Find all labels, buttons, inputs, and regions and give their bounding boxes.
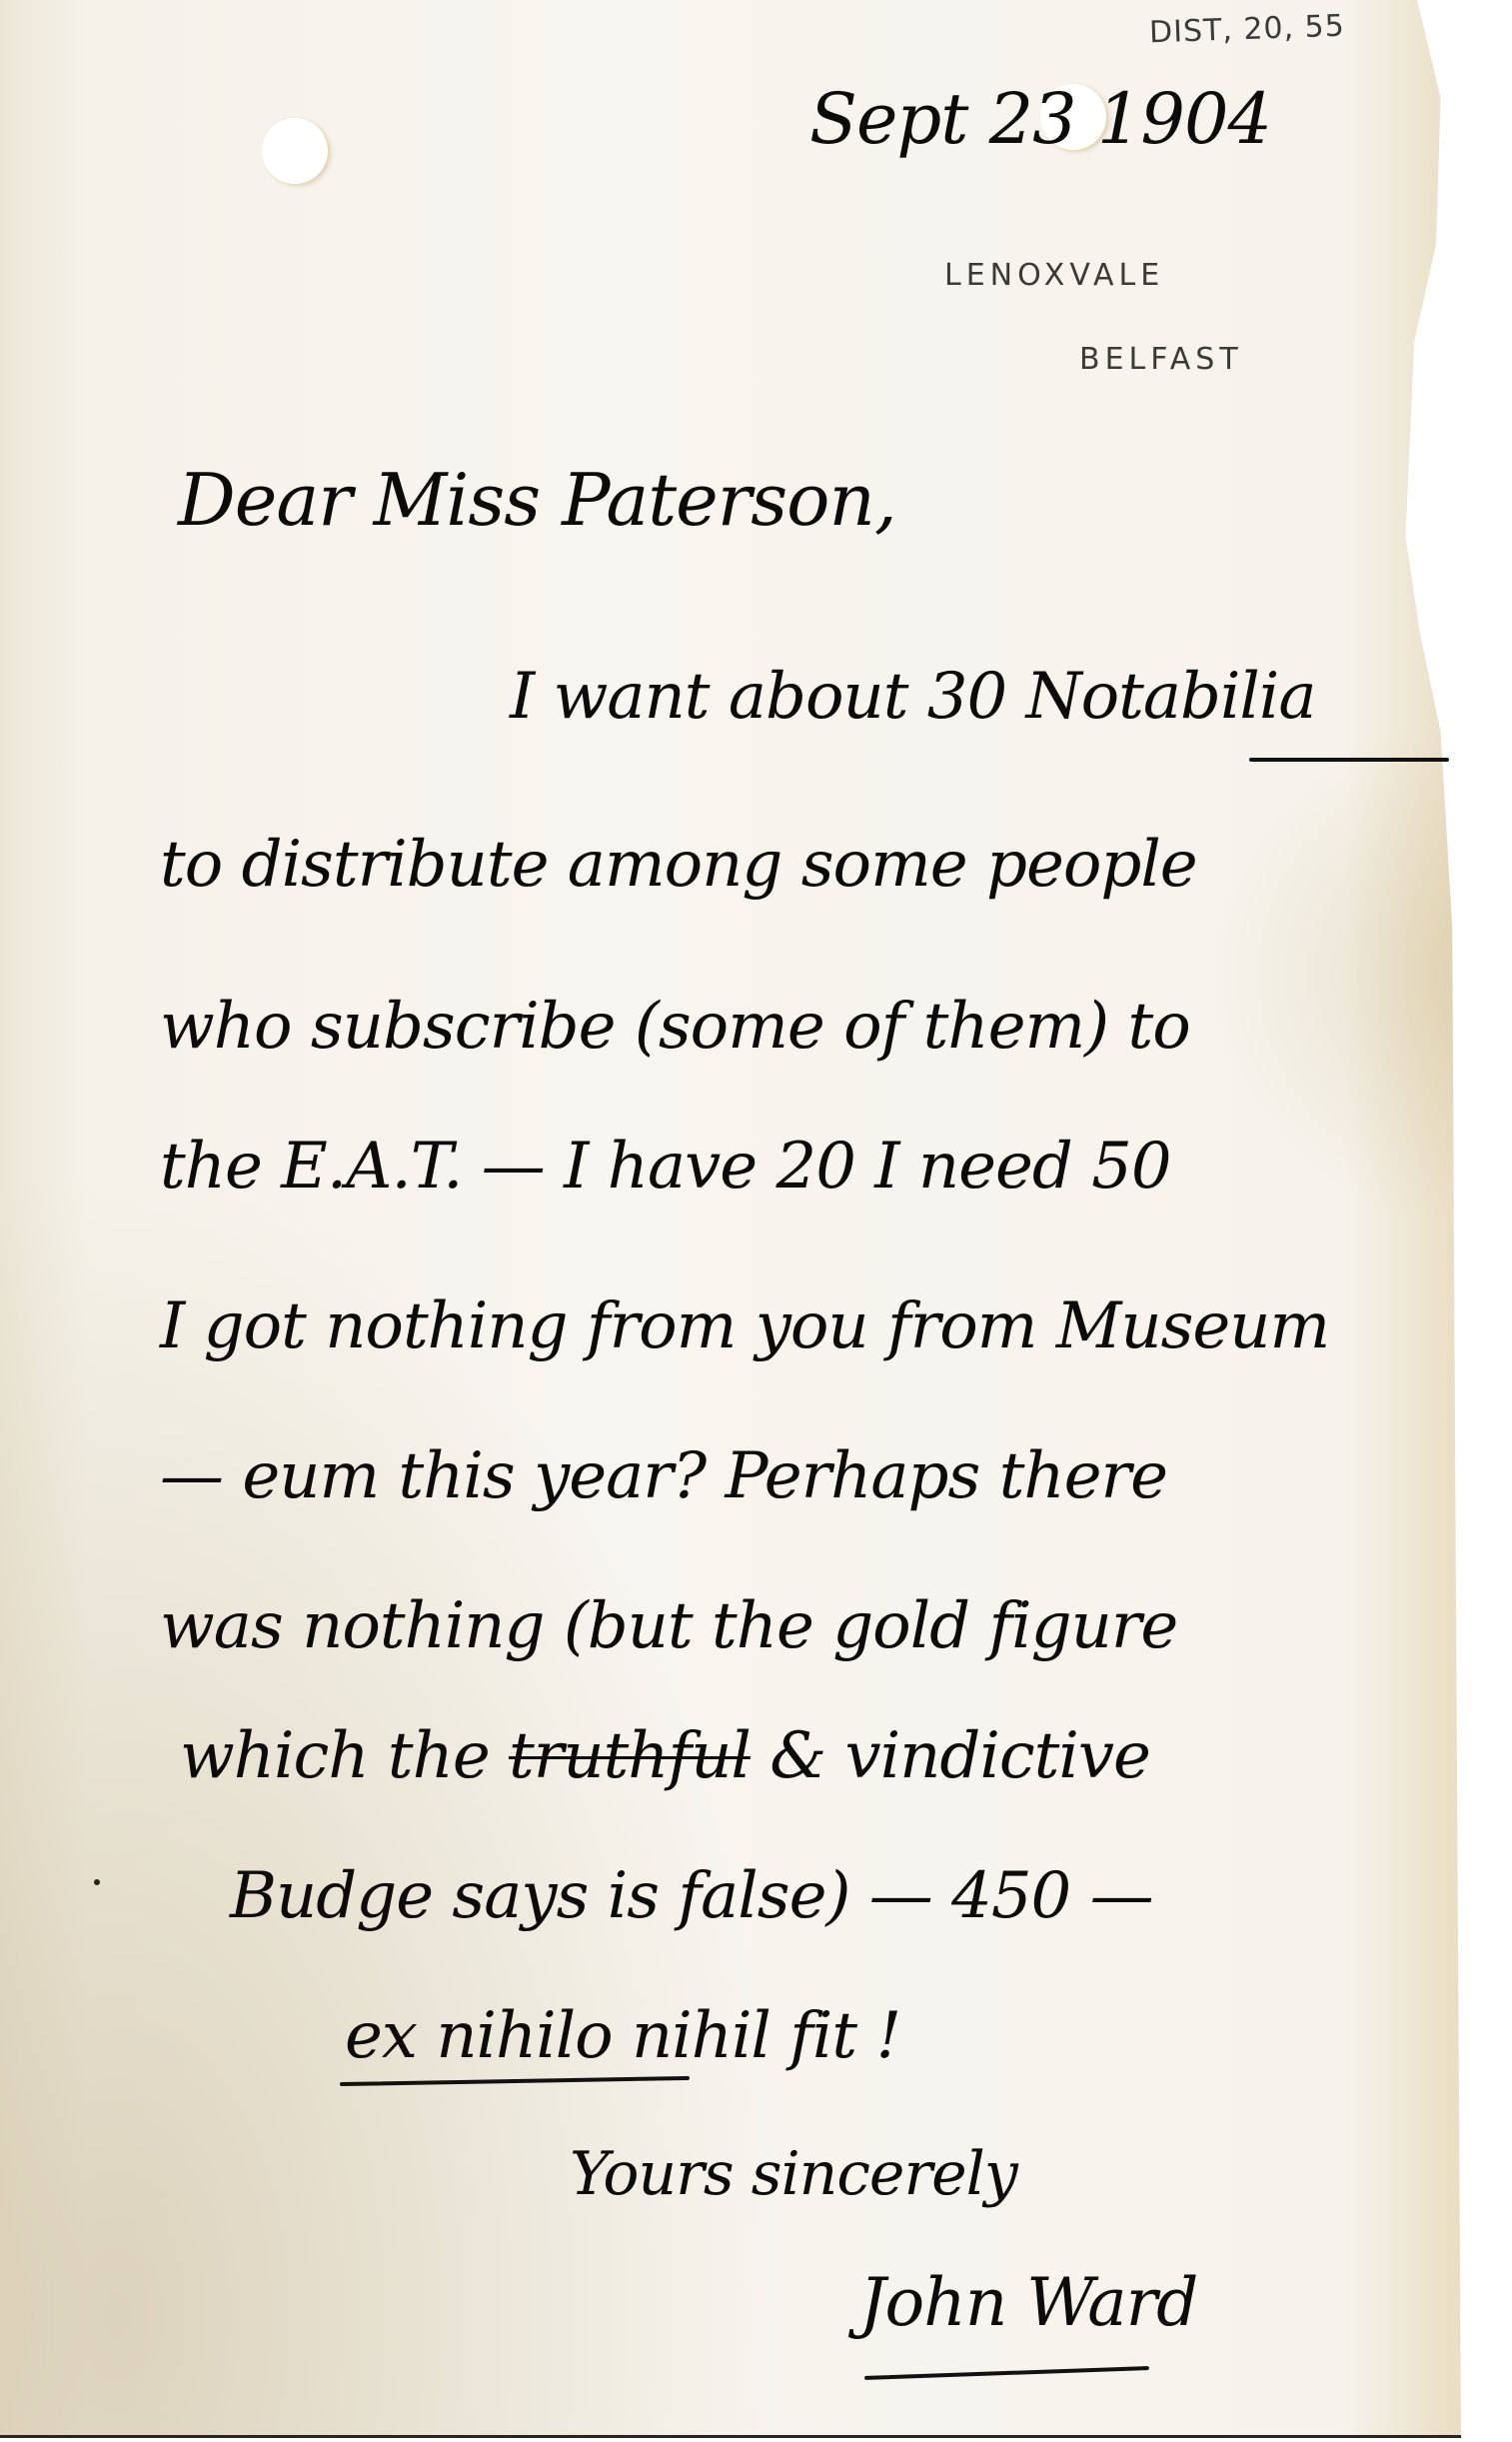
- punch-hole-left: [262, 118, 328, 184]
- body-line-5: I got nothing from you from Museum: [160, 1289, 1329, 1363]
- ink-dot: [94, 1879, 100, 1885]
- salutation: Dear Miss Paterson,: [178, 458, 896, 542]
- letterhead-address-line2: BELFAST: [1079, 342, 1243, 377]
- archive-reference: DIST, 20, 55: [1148, 9, 1345, 51]
- letterhead-address-line1: LENOXVALE: [944, 258, 1164, 293]
- struck-word-truthful: truthful: [509, 1719, 751, 1793]
- body-line-9: Budge says is false) — 450 —: [230, 1859, 1153, 1933]
- latin-phrase: ex nihilo nihil fit !: [345, 1999, 900, 2073]
- body-line-8-end: & vindictive: [769, 1719, 1150, 1793]
- body-line-7: was nothing (but the gold figure: [160, 1589, 1177, 1663]
- letter-date: Sept 23 1904: [809, 78, 1271, 160]
- body-line-1: I want about 30 Notabilia: [510, 660, 1316, 734]
- body-line-6: — eum this year? Perhaps there: [160, 1439, 1167, 1513]
- body-line-3: who subscribe (some of them) to: [160, 990, 1190, 1064]
- underline-notabilia: [1249, 758, 1449, 762]
- closing: Yours sincerely: [570, 2139, 1017, 2209]
- body-line-2: to distribute among some people: [160, 828, 1197, 902]
- body-line-4: the E.A.T. — I have 20 I need 50: [160, 1130, 1171, 1204]
- signature: John Ward: [859, 2264, 1197, 2341]
- body-line-8-start: which the: [180, 1719, 490, 1793]
- body-line-8: which the truthful & vindictive: [180, 1719, 1150, 1793]
